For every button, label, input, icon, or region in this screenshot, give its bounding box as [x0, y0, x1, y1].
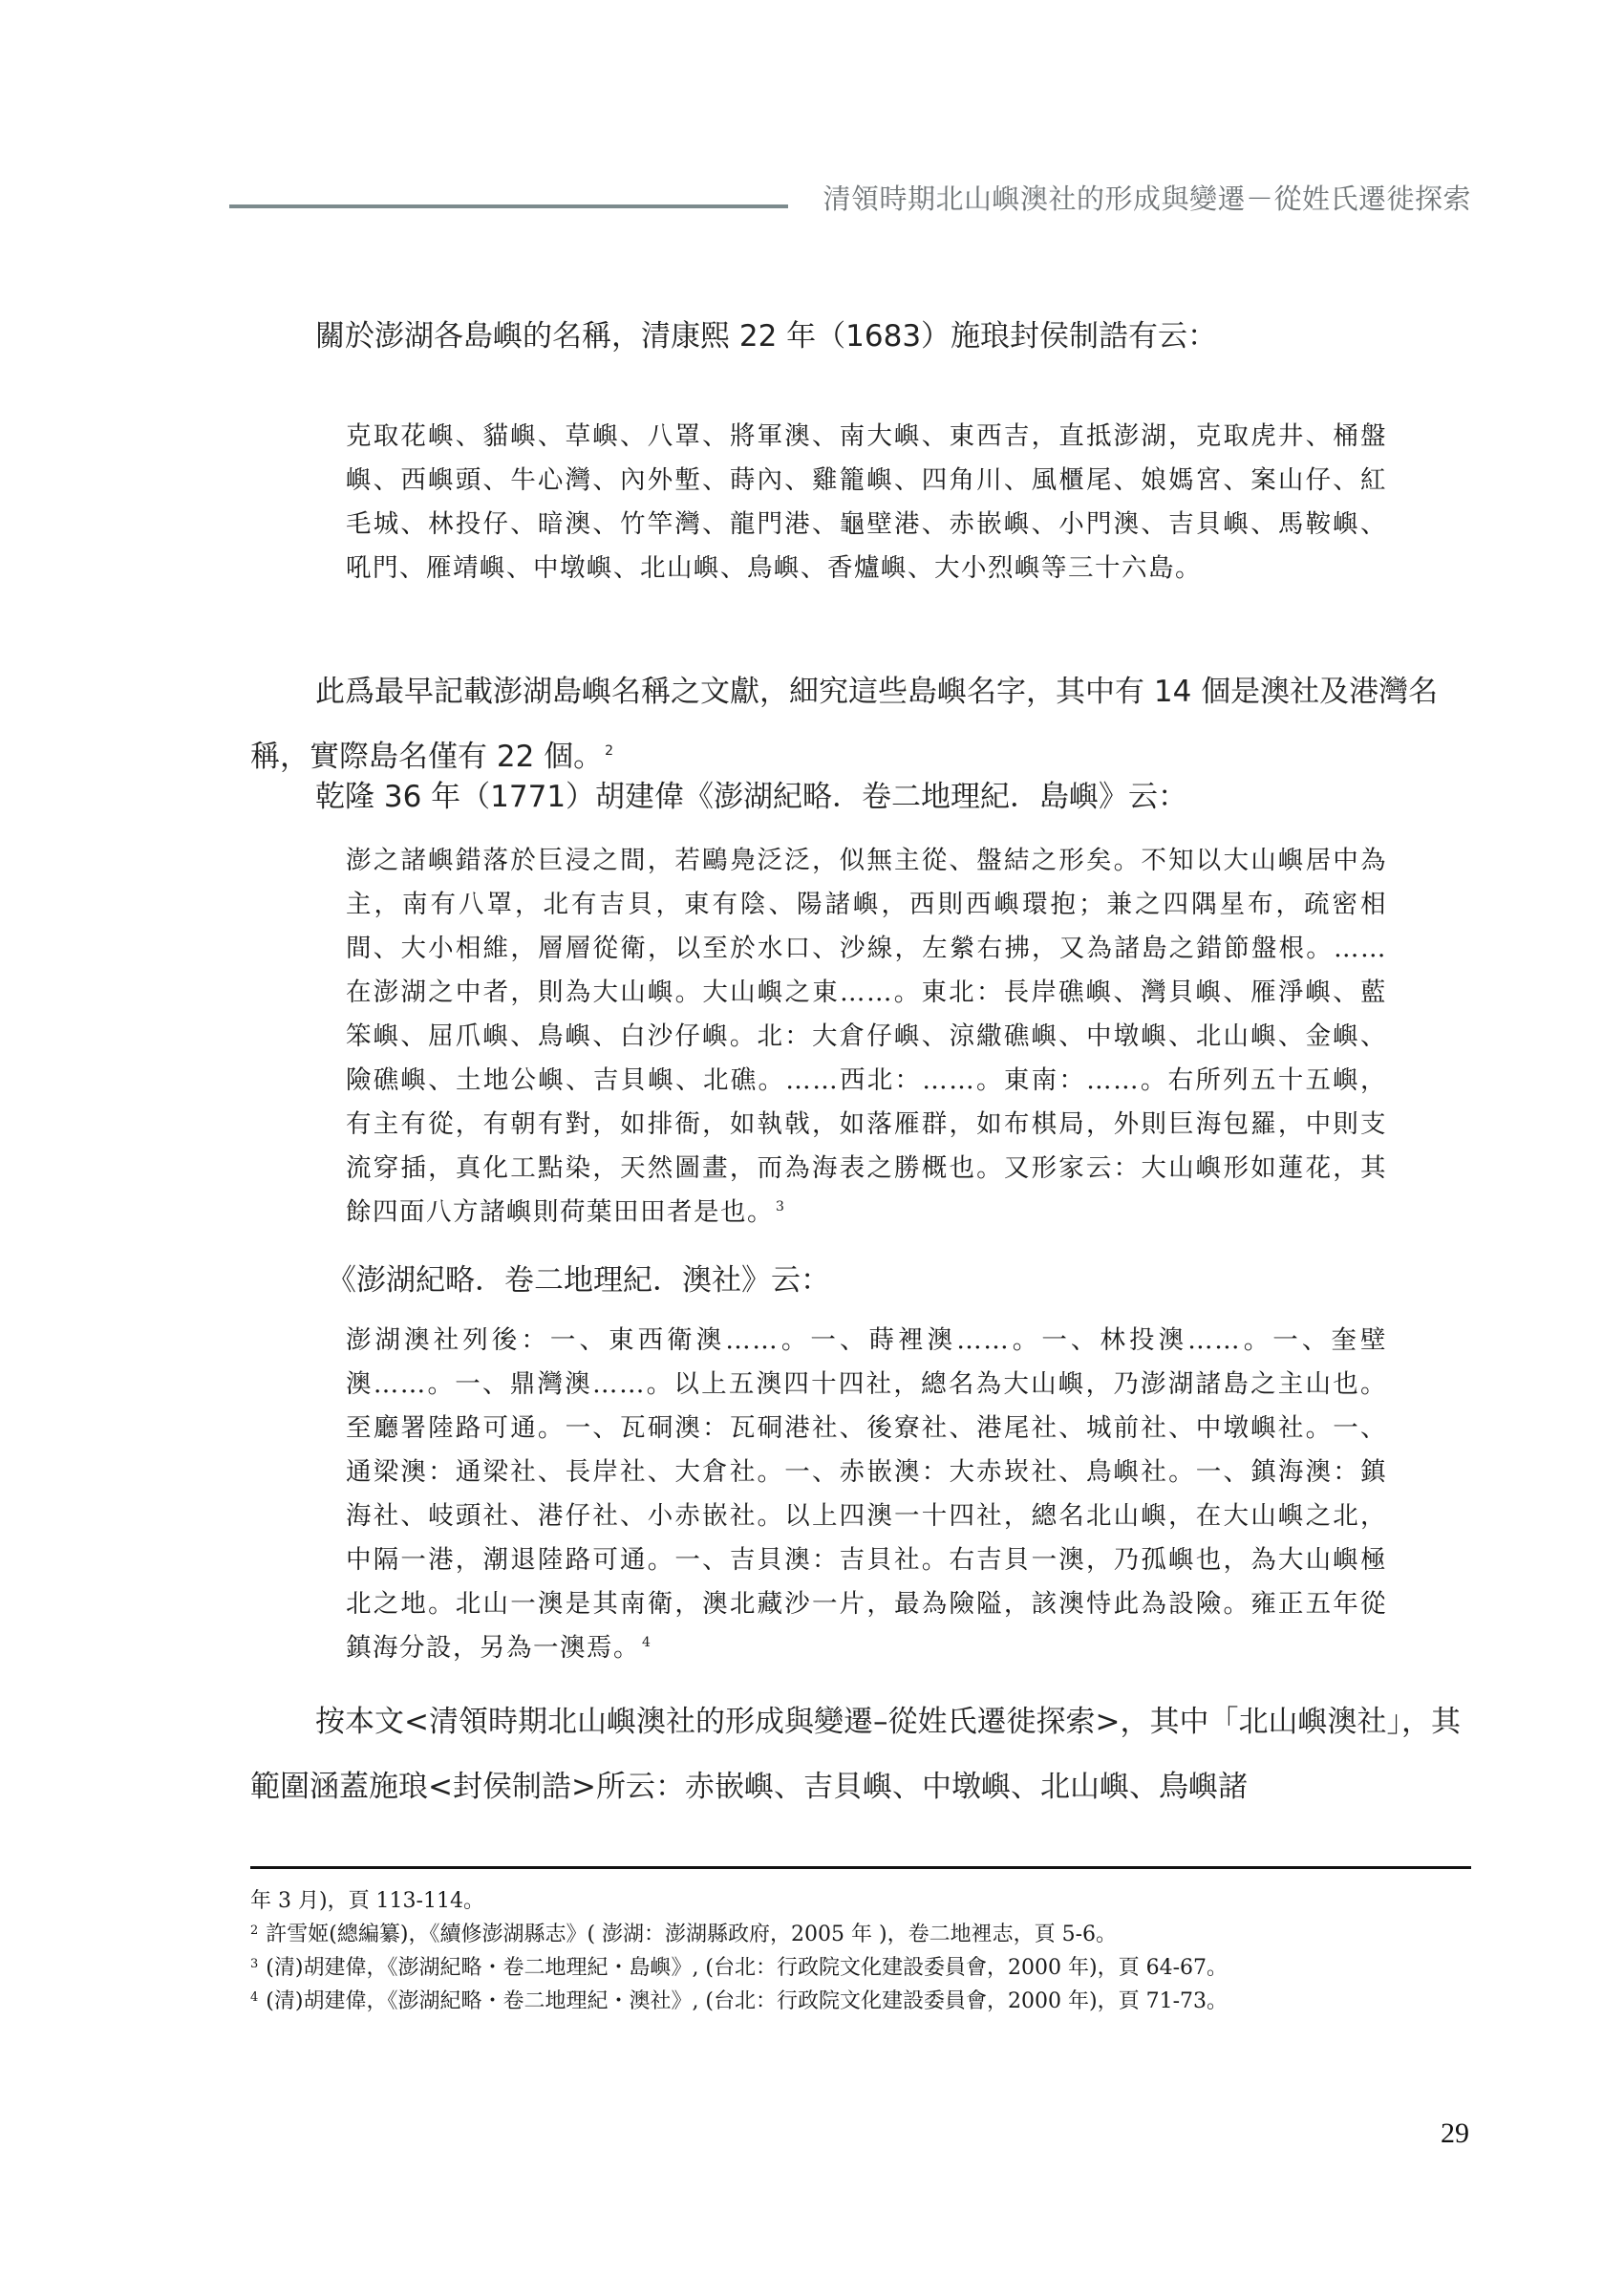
body-paragraph-4: 《澎湖紀略．卷二地理紀．澳社》云：: [327, 1248, 1548, 1313]
footnote-number: 2: [250, 1923, 258, 1938]
footnotes: 年 3 月)，頁 113-114。 2許雪姬(總編纂)，《續修澎湖縣志》( 澎湖…: [250, 1884, 1471, 2018]
footnote-number: 3: [250, 1957, 258, 1971]
footnote-ref-2[interactable]: 2: [605, 743, 613, 759]
footnote-2: 2許雪姬(總編纂)，《續修澎湖縣志》( 澎湖：澎湖縣政府，2005 年 )，卷二…: [250, 1918, 1471, 1951]
body-paragraph-2-text: 此爲最早記載澎湖島嶼名稱之文獻，細究這些島嶼名字，其中有 14 個是澳社及港灣名…: [250, 675, 1438, 774]
body-paragraph-5: 按本文<清領時期北山嶼澳社的形成與變遷–從姓氏遷徙探索>，其中「北山嶼澳社」，其…: [250, 1689, 1471, 1819]
footnote-text: 年 3 月)，頁 113-114。: [250, 1889, 484, 1913]
block-quote-3: 澎湖澳社列後：一、東西衛澳……。一、蒔裡澳……。一、林投澳……。一、奎壁澳……。…: [346, 1319, 1387, 1670]
body-paragraph-1: 關於澎湖各島嶼的名稱，清康熙 22 年（1683）施琅封侯制誥有云：: [250, 304, 1471, 369]
running-header-title: 清領時期北山嶼澳社的形成與變遷－從姓氏遷徙探索: [823, 178, 1471, 217]
footnote-4: 4(清)胡建偉，《澎湖紀略・卷二地理紀・澳社》, (台北：行政院文化建設委員會，…: [250, 1985, 1471, 2018]
footnote-ref-4[interactable]: 4: [642, 1635, 652, 1650]
page-number: 29: [1441, 2117, 1469, 2150]
body-paragraph-3: 乾隆 36 年（1771）胡建偉《澎湖紀略．卷二地理紀．島嶼》云：: [250, 764, 1471, 829]
block-quote-3-text: 澎湖澳社列後：一、東西衛澳……。一、蒔裡澳……。一、林投澳……。一、奎壁澳……。…: [346, 1325, 1387, 1663]
footnote-text: (清)胡建偉，《澎湖紀略・卷二地理紀・島嶼》, (台北：行政院文化建設委員會，2…: [266, 1956, 1228, 1980]
block-quote-2: 澎之諸嶼錯落於巨浸之間，若鷗鳧泛泛，似無主從、盤結之形矣。不知以大山嶼居中為主，…: [346, 839, 1387, 1235]
block-quote-1: 克取花嶼、貓嶼、草嶼、八罩、將軍澳、南大嶼、東西吉，直抵澎湖，克取虎井、桶盤嶼、…: [346, 415, 1387, 591]
footnote-continued: 年 3 月)，頁 113-114。: [250, 1884, 1471, 1918]
footnote-3: 3(清)胡建偉，《澎湖紀略・卷二地理紀・島嶼》, (台北：行政院文化建設委員會，…: [250, 1951, 1471, 1985]
footnote-text: (清)胡建偉，《澎湖紀略・卷二地理紀・澳社》, (台北：行政院文化建設委員會，2…: [266, 1989, 1228, 2013]
header-rule: [229, 204, 788, 208]
footnote-ref-3[interactable]: 3: [776, 1199, 785, 1214]
footnote-text: 許雪姬(總編纂)，《續修澎湖縣志》( 澎湖：澎湖縣政府，2005 年 )，卷二地…: [266, 1923, 1117, 1946]
footnote-number: 4: [250, 1990, 258, 2005]
document-page: 清領時期北山嶼澳社的形成與變遷－從姓氏遷徙探索 關於澎湖各島嶼的名稱，清康熙 2…: [0, 0, 1624, 2278]
footnote-separator: [250, 1866, 1471, 1869]
block-quote-2-text: 澎之諸嶼錯落於巨浸之間，若鷗鳧泛泛，似無主從、盤結之形矣。不知以大山嶼居中為主，…: [346, 846, 1387, 1227]
running-header: 清領時期北山嶼澳社的形成與變遷－從姓氏遷徙探索: [229, 172, 1471, 220]
